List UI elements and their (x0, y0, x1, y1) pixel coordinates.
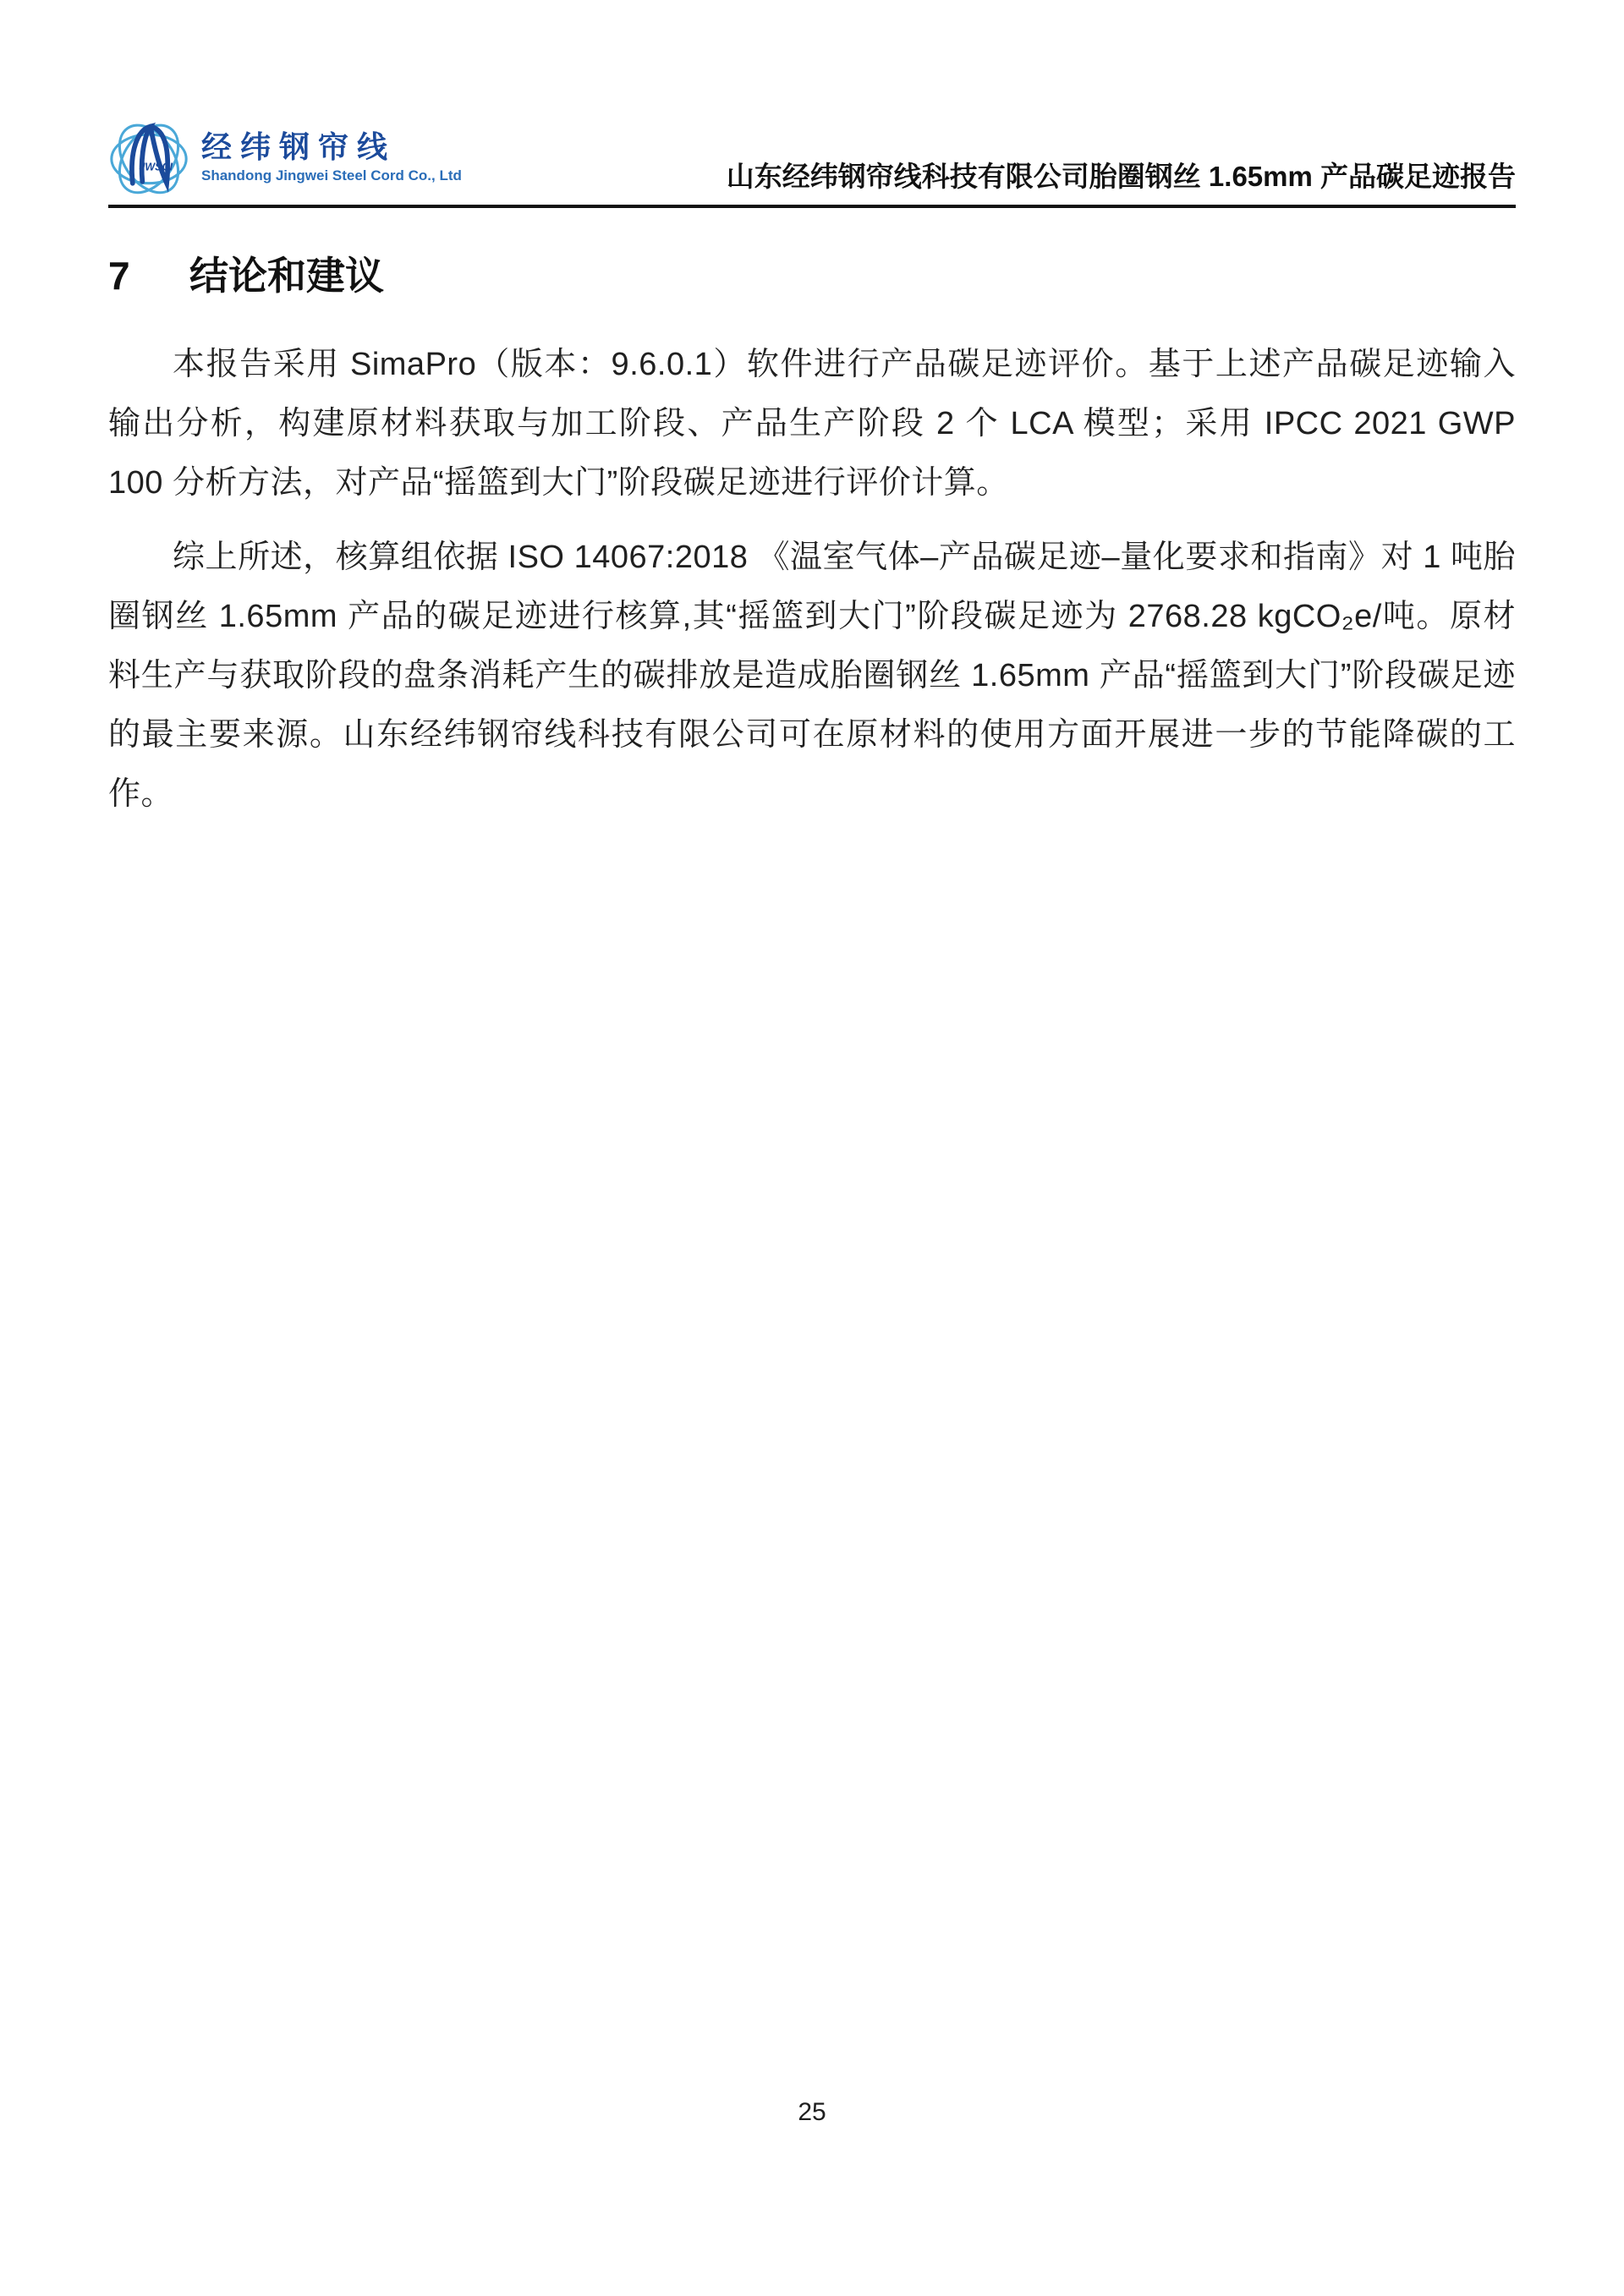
logo-text-block: 经纬钢帘线 Shandong Jingwei Steel Cord Co., L… (201, 131, 462, 184)
paragraph-2: 综上所述，核算组依据 ISO 14067:2018 《温室气体–产品碳足迹–量化… (108, 528, 1516, 824)
logo-chinese-name: 经纬钢帘线 (201, 131, 462, 163)
document-header-title: 山东经纬钢帘线科技有限公司胎圈钢丝 1.65mm 产品碳足迹报告 (727, 155, 1516, 198)
logo-english-name: Shandong Jingwei Steel Cord Co., Ltd (201, 168, 462, 184)
page-footer: 25 (0, 2098, 1624, 2127)
page-number: 25 (798, 2098, 826, 2126)
page-header: JWSCI 经纬钢帘线 Shandong Jingwei Steel Cord … (108, 0, 1516, 208)
section-number: 7 (108, 253, 189, 299)
globe-logo-acronym: JWSCI (139, 161, 173, 173)
company-logo: JWSCI 经纬钢帘线 Shandong Jingwei Steel Cord … (108, 117, 462, 198)
globe-logo-icon: JWSCI (108, 117, 189, 198)
section-title: 结论和建议 (189, 245, 384, 301)
section-body: 本报告采用 SimaPro（版本：9.6.0.1）软件进行产品碳足迹评价。基于上… (108, 335, 1516, 824)
section-heading: 7 结论和建议 (108, 245, 1516, 301)
report-page: JWSCI 经纬钢帘线 Shandong Jingwei Steel Cord … (0, 0, 1624, 2296)
paragraph-1: 本报告采用 SimaPro（版本：9.6.0.1）软件进行产品碳足迹评价。基于上… (108, 335, 1516, 512)
